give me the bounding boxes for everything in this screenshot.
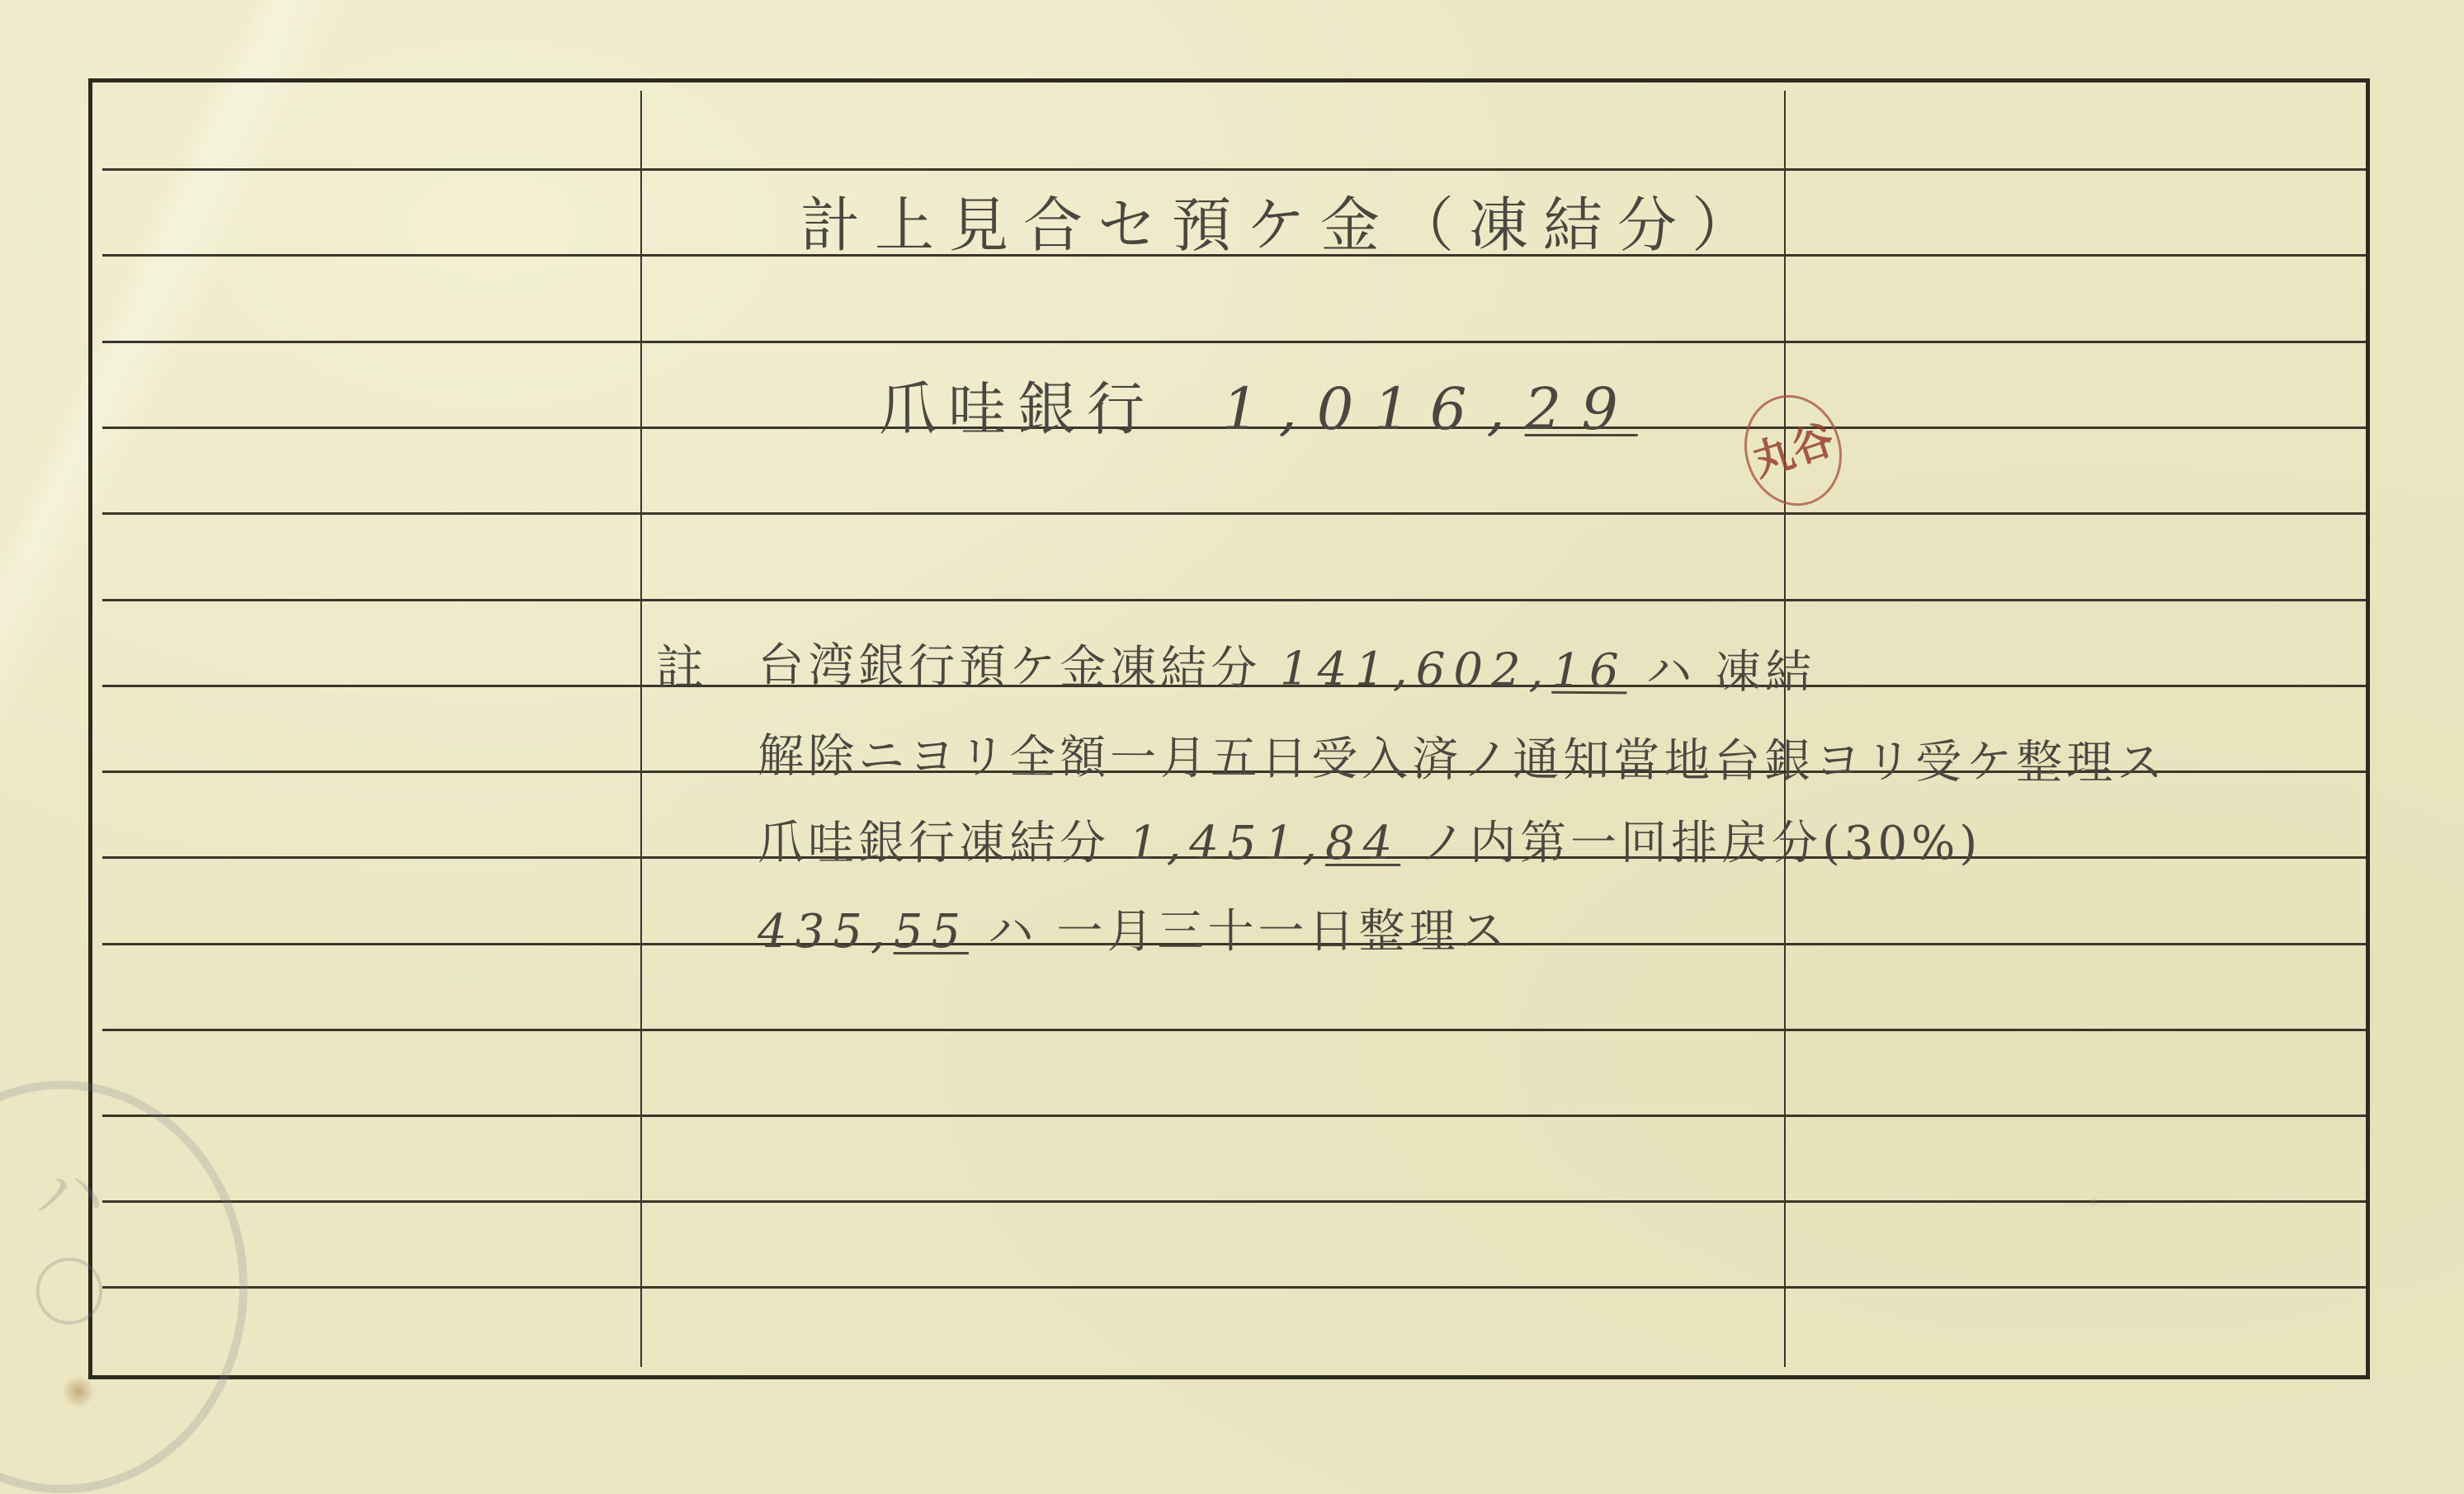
note-line-1: 台湾銀行預ケ金凍結分 141,602,16 ハ 凍結: [758, 629, 1816, 702]
ruled-line: [102, 1200, 2366, 1203]
ruled-line: [102, 1029, 2366, 1031]
note-line-4: 435,55 ハ 一月三十一日整理ス: [758, 895, 1510, 961]
document-title: 計上見合セ預ケ金（凍結分）: [800, 177, 1766, 263]
bank-entry: 爪哇銀行1,016,29: [879, 363, 1638, 446]
note-line-3: 爪哇銀行凍結分 1,451,84 ノ内第一回排戻分(30%): [758, 807, 1981, 873]
paper-stain: [2088, 1196, 2099, 1208]
bank-amount: 1,016,29: [1222, 375, 1638, 443]
amount-fraction: 29: [1525, 375, 1638, 443]
ruled-line: [102, 1115, 2366, 1117]
note-line-2: 解除ニヨリ全額一月五日受入済ノ通知當地台銀ヨリ受ケ整理ス: [758, 719, 2167, 793]
ruled-line: [102, 599, 2366, 601]
column-divider-left: [640, 91, 642, 1367]
ruled-line: [102, 1286, 2366, 1289]
gray-stamp-text: ハ〇: [8, 1155, 116, 1353]
paper-stain: [62, 1375, 95, 1408]
seal-text: 丸谷: [1748, 419, 1839, 482]
note-label: 註: [656, 629, 709, 698]
ruled-line: [102, 168, 2366, 171]
bank-name: 爪哇銀行: [879, 375, 1156, 443]
ruled-line: [102, 512, 2366, 515]
ruled-line: [102, 341, 2366, 343]
